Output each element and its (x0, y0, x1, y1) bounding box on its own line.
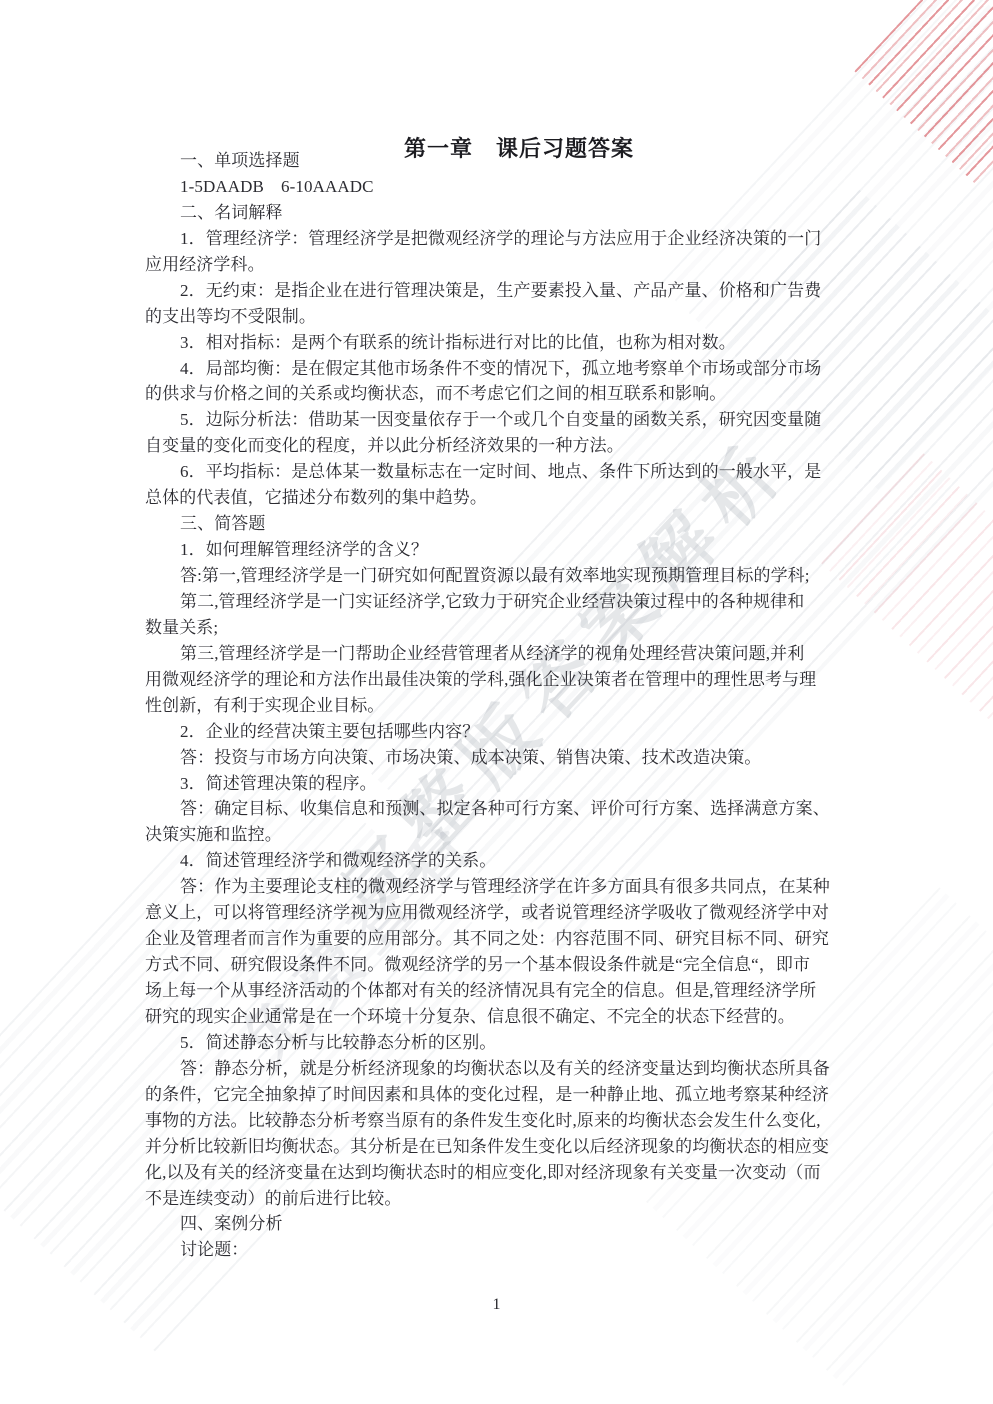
text-line: 1-5DAADB 6-10AAADC (145, 174, 865, 200)
text-line: 5．简述静态分析与比较静态分析的区别。 (145, 1030, 865, 1056)
text-line: 不是连续变动）的前后进行比较。 (145, 1186, 865, 1212)
text-line: 1．如何理解管理经济学的含义？ (145, 537, 865, 563)
text-line: 6．平均指标：是总体某一数量标志在一定时间、地点、条件下所达到的一般水平，是 (145, 459, 865, 485)
text-line: 二、名词解释 (145, 200, 865, 226)
text-line: 场上每一个从事经济活动的个体都对有关的经济情况具有完全的信息。但是,管理经济学所 (145, 978, 865, 1004)
text-line: 决策实施和监控。 (145, 822, 865, 848)
text-line: 三、简答题 (145, 511, 865, 537)
page-number: 1 (0, 1296, 993, 1314)
document-page: 完整版答案解析 免费查看 第一章 课后习题答案 一、单项选择题1-5DAADB … (0, 0, 993, 1404)
text-line: 企业及管理者而言作为重要的应用部分。其不同之处：内容范围不同、研究目标不同、研究 (145, 926, 865, 952)
document-body: 一、单项选择题1-5DAADB 6-10AAADC二、名词解释1．管理经济学：管… (145, 148, 865, 1263)
text-line: 2．无约束：是指企业在进行管理决策是，生产要素投入量、产品产量、价格和广告费 (145, 278, 865, 304)
text-line: 性创新，有利于实现企业目标。 (145, 693, 865, 719)
text-line: 答:第一,管理经济学是一门研究如何配置资源以最有效率地实现预期管理目标的学科; (145, 563, 865, 589)
text-line: 3．相对指标：是两个有联系的统计指标进行对比的比值，也称为相对数。 (145, 330, 865, 356)
text-line: 自变量的变化而变化的程度，并以此分析经济效果的一种方法。 (145, 433, 865, 459)
text-line: 4．局部均衡：是在假定其他市场条件不变的情况下，孤立地考察单个市场或部分市场 (145, 356, 865, 382)
text-line: 讨论题： (145, 1237, 865, 1263)
text-line: 应用经济学科。 (145, 252, 865, 278)
text-line: 答：确定目标、收集信息和预测、拟定各种可行方案、评价可行方案、选择满意方案、 (145, 796, 865, 822)
text-line: 的供求与价格之间的关系或均衡状态，而不考虑它们之间的相互联系和影响。 (145, 381, 865, 407)
text-line: 第三,管理经济学是一门帮助企业经营管理者从经济学的视角处理经营决策问题,并利 (145, 641, 865, 667)
text-line: 事物的方法。比较静态分析考察当原有的条件发生变化时,原来的均衡状态会发生什么变化… (145, 1108, 865, 1134)
text-line: 答：静态分析，就是分析经济现象的均衡状态以及有关的经济变量达到均衡状态所具备 (145, 1056, 865, 1082)
text-line: 2．企业的经营决策主要包括哪些内容？ (145, 719, 865, 745)
text-line: 一、单项选择题 (145, 148, 865, 174)
text-line: 化,以及有关的经济变量在达到均衡状态时的相应变化,即对经济现象有关变量一次变动（… (145, 1160, 865, 1186)
text-line: 答：投资与市场方向决策、市场决策、成本决策、销售决策、技术改造决策。 (145, 745, 865, 771)
text-line: 答：作为主要理论支柱的微观经济学与管理经济学在许多方面具有很多共同点，在某种 (145, 874, 865, 900)
text-line: 4．简述管理经济学和微观经济学的关系。 (145, 848, 865, 874)
watermark-red-corner-stripes (854, 0, 993, 187)
text-line: 并分析比较新旧均衡状态。其分析是在已知条件发生变化以后经济现象的均衡状态的相应变 (145, 1134, 865, 1160)
text-line: 第二,管理经济学是一门实证经济学,它致力于研究企业经营决策过程中的各种规律和 (145, 589, 865, 615)
text-line: 意义上，可以将管理经济学视为应用微观经济学，或者说管理经济学吸收了微观经济学中对 (145, 900, 865, 926)
text-line: 数量关系; (145, 615, 865, 641)
text-line: 的条件，它完全抽象掉了时间因素和具体的变化过程，是一种静止地、孤立地考察某种经济 (145, 1082, 865, 1108)
text-line: 的支出等均不受限制。 (145, 304, 865, 330)
text-line: 总体的代表值，它描述分布数列的集中趋势。 (145, 485, 865, 511)
text-line: 5．边际分析法：借助某一因变量依存于一个或几个自变量的函数关系，研究因变量随 (145, 407, 865, 433)
text-line: 1．管理经济学：管理经济学是把微观经济学的理论与方法应用于企业经济决策的一门 (145, 226, 865, 252)
text-line: 3．简述管理决策的程序。 (145, 771, 865, 797)
text-line: 用微观经济学的理论和方法作出最佳决策的学科,强化企业决策者在管理中的理性思考与理 (145, 667, 865, 693)
text-line: 研究的现实企业通常是在一个环境十分复杂、信息很不确定、不完全的状态下经营的。 (145, 1004, 865, 1030)
text-line: 方式不同、研究假设条件不同。微观经济学的另一个基本假设条件就是“完全信息“，即市 (145, 952, 865, 978)
text-line: 四、案例分析 (145, 1211, 865, 1237)
